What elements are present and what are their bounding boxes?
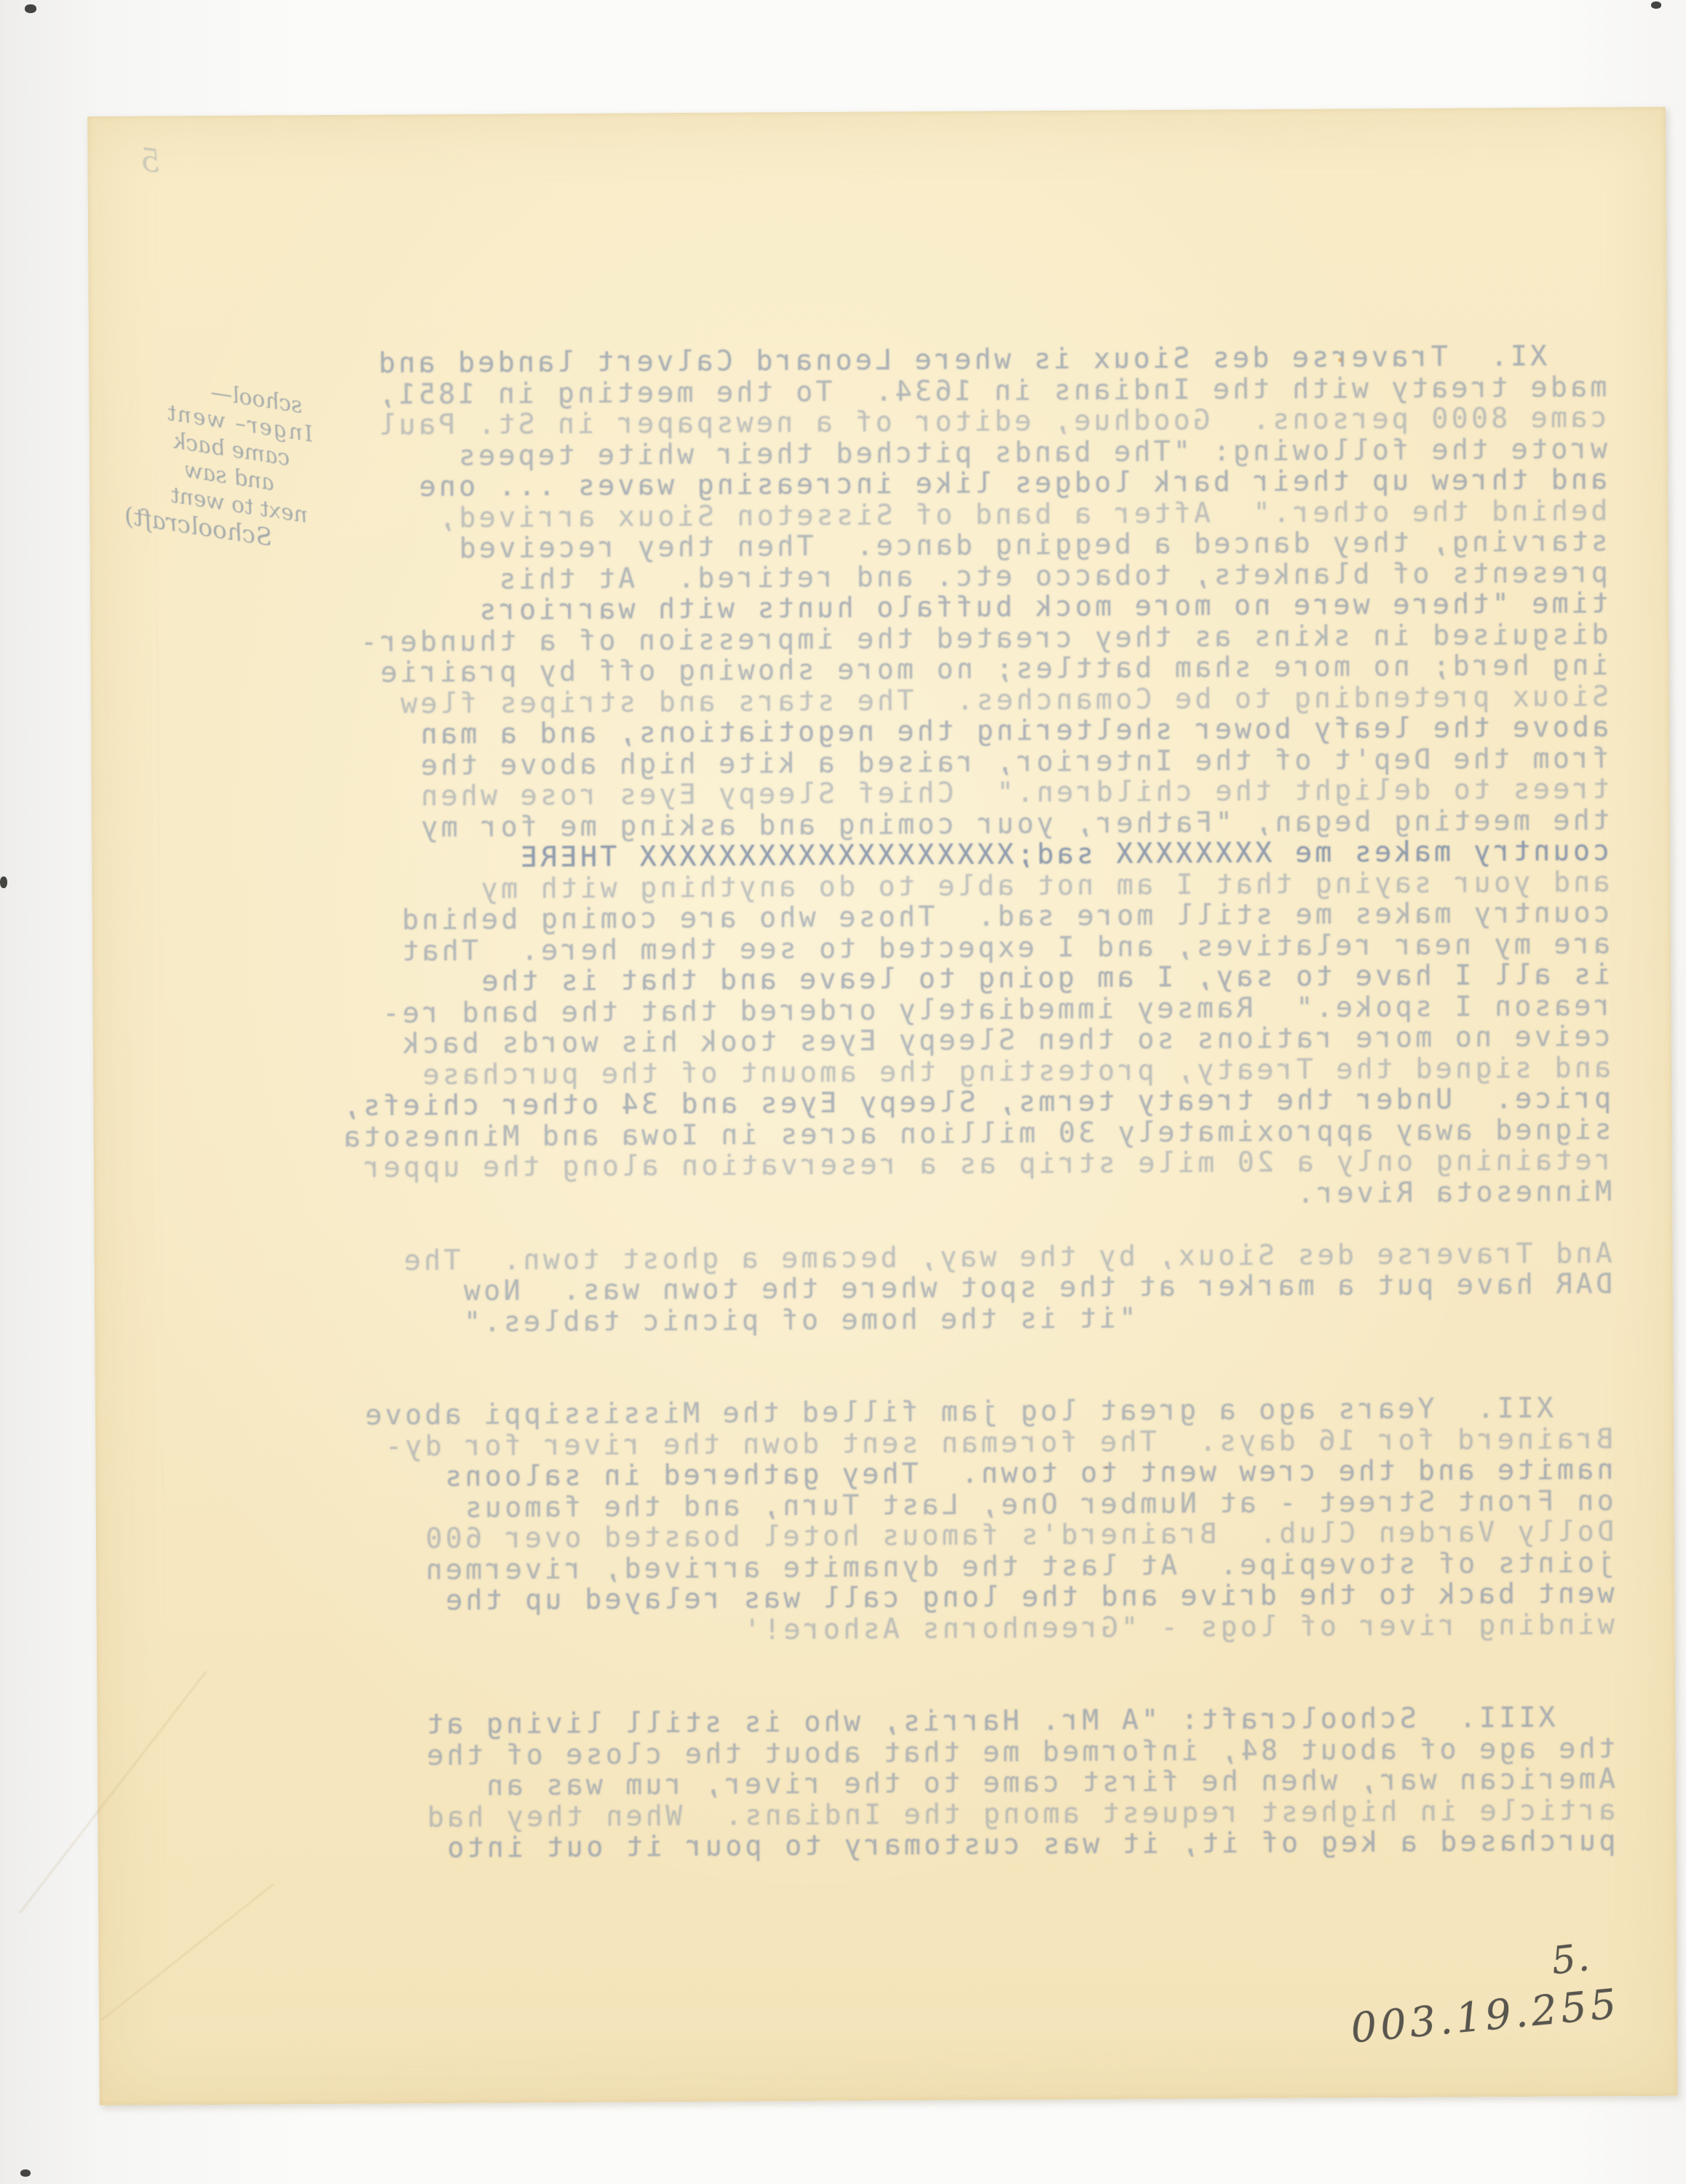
paper-crease [17, 1670, 207, 1915]
bleedthrough-page-number: 5 [138, 141, 163, 181]
catalog-number-pencil: 003.19.255 [1349, 1980, 1622, 2052]
scanner-mark [0, 877, 7, 888]
paper-crease [101, 1883, 274, 2021]
paper-sheet: 5 school—Inger– wentcame backand sawnext… [87, 107, 1678, 2105]
scanner-mark [20, 2169, 31, 2177]
scanner-mark [1651, 1, 1661, 9]
scanner-mark [25, 4, 36, 13]
page-number-pencil: 5. [1550, 1936, 1594, 1984]
scan-background: { "scan": { "background_color": "#fbfbf9… [0, 0, 1686, 2184]
typed-text-block: XI. Traverse des Sioux is where Leonard … [198, 340, 1616, 1864]
